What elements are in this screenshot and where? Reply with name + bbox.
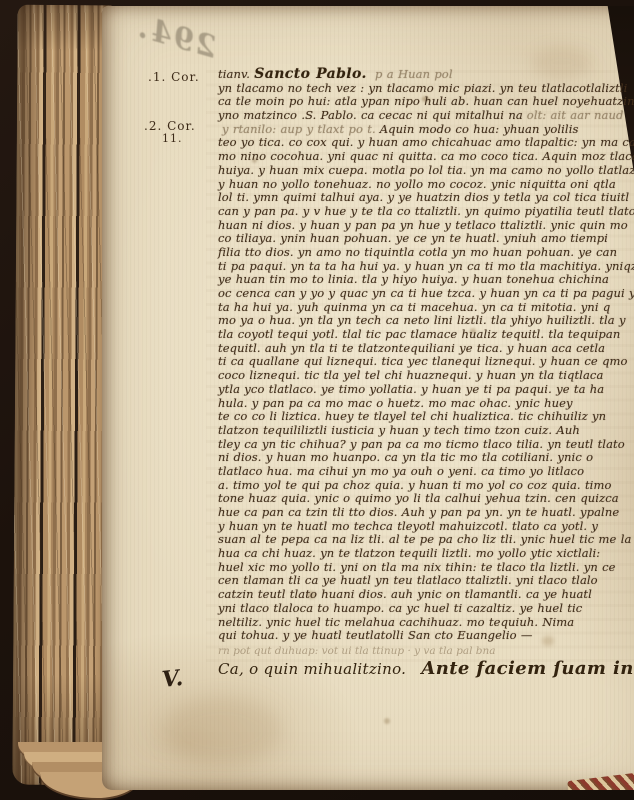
manuscript-line: tlatlaco hua. ma cihui yn mo ya ouh o ye… xyxy=(218,465,634,479)
manuscript-line: huel xic mo yollo ti. yni on tla ma nix … xyxy=(218,561,634,575)
foxing-stain xyxy=(384,718,390,724)
manuscript-line: ti pa paqui. yn ta ta ha hui ya. y huan … xyxy=(218,260,634,274)
manuscript-line: hue ca pan ca tzin tli tto dios. Auh y p… xyxy=(218,506,634,520)
margin-note-1-cor: .1. Cor. xyxy=(148,70,200,84)
footer-line: Ca, o quin mihualitzino. Ante faciem ſua… xyxy=(218,658,634,679)
manuscript-line: filia tto dios. yn amo no tiquintla cotl… xyxy=(218,246,634,260)
paragraph-mark: V. xyxy=(161,665,184,693)
folio-number-bleed: 294. xyxy=(133,10,221,66)
footer-nahuatl-lead: Ca, o quin mihualitzino. xyxy=(218,660,406,678)
manuscript-line: yno matzinco .S. Pablo. ca cecac ni qui … xyxy=(218,109,634,123)
manuscript-line: tley ca yn tic chihua? y pan pa ca mo ti… xyxy=(218,438,634,452)
heading-title: Sancto Pablo. xyxy=(254,66,367,82)
manuscript-line: oc cenca can y yo y quac yn ca ti hue tz… xyxy=(218,287,634,301)
manuscript-line: can y pan pa. y v hue y te tla co ttaliz… xyxy=(218,205,634,219)
manuscript-line: mo nino cocohua. yni quac ni quitta. ca … xyxy=(218,150,634,164)
manuscript-line: coco liznequi. tic tla yel tel chi huazn… xyxy=(218,369,634,383)
manuscript-line: tlatzon tequililiztli iusticia y huan y … xyxy=(218,424,634,438)
manuscript-line: hula. y pan pa ca mo mac o huetz. mo mac… xyxy=(218,397,634,411)
manuscript-line: ta ha hui ya. yuh quinma yn ca ti macehu… xyxy=(218,301,634,315)
margin-note-chapter-11: 11. xyxy=(162,132,183,145)
manuscript-line: tequitl. auh yn tla ti te tlatzontequili… xyxy=(218,342,634,356)
manuscript-line: lol ti. ymn quimi talhui aya. y ye huatz… xyxy=(218,191,634,205)
manuscript-line: huiya. y huan mix cuepa. motla po lol ti… xyxy=(218,164,634,178)
manuscript-line: yn tlacamo no tech vez : yn tlacamo mic … xyxy=(218,82,634,96)
manuscript-line: hua ca chi huaz. yn te tlatzon tequili l… xyxy=(218,547,634,561)
manuscript-line: y rtanilo: aup y tlaxt po t.Aquin modo c… xyxy=(218,123,634,137)
manuscript-line: te co co li liztica. huey te tlayel tel … xyxy=(218,410,634,424)
manuscript-line: tone huaz quia. ynic o quimo yo li tla c… xyxy=(218,492,634,506)
bleed-text: rn pot qut duhuap: vot ui tla ttinup · y… xyxy=(218,645,634,657)
manuscript-photo: 294. .1. Cor. .2. Cor. 11. V. tianv. San… xyxy=(0,0,634,800)
heading-prefix: tianv. xyxy=(218,67,250,81)
endband xyxy=(567,771,634,790)
manuscript-line: qui tohua. y ye huatl teutlatolli San ct… xyxy=(218,629,634,643)
manuscript-line: suan al te pepa ca na liz tli. al te pe … xyxy=(218,533,634,547)
manuscript-line: huan ni dios. y huan y pan pa yn hue y t… xyxy=(218,219,634,233)
footer-latin-incipit: Ante faciem ſuam in omnem xyxy=(421,658,634,679)
foxing-stain xyxy=(162,696,282,766)
manuscript-text-block: tianv. Sancto Pablo. p a Huan pol yn tla… xyxy=(218,68,634,679)
manuscript-line: ni dios. y huan mo huanpo. ca yn tla tic… xyxy=(218,451,634,465)
manuscript-line: teo yo tica. co cox qui. y huan amo chic… xyxy=(218,136,634,150)
manuscript-line: y huan no yollo tonehuaz. no yollo mo co… xyxy=(218,178,634,192)
book-fore-edge xyxy=(12,5,111,786)
manuscript-line: neltiliz. ynic huel tic melahua cachihua… xyxy=(218,616,634,630)
manuscript-line: ca tle moin po hui: atla ypan nipo huli … xyxy=(218,95,634,109)
manuscript-page: 294. .1. Cor. .2. Cor. 11. V. tianv. San… xyxy=(102,6,634,790)
heading-line: tianv. Sancto Pablo. p a Huan pol xyxy=(218,68,634,82)
manuscript-line: co tiliaya. ynin huan pohuan. ye ce yn t… xyxy=(218,232,634,246)
manuscript-line: mo ya o hua. yn tla yn tech ca neto lini… xyxy=(218,314,634,328)
bleed-text: p a Huan pol xyxy=(375,67,453,81)
margin-note-2-cor: .2. Cor. xyxy=(144,119,196,133)
manuscript-line: catzin teutl tlato huani dios. auh ynic … xyxy=(218,588,634,602)
page-edge-streaks xyxy=(12,5,111,786)
manuscript-line: ytla yco tlatlaco. ye timo yollatia. y h… xyxy=(218,383,634,397)
manuscript-line: tla coyotl tequi yotl. tlal tic pac tlam… xyxy=(218,328,634,342)
manuscript-line: y huan yn te huatl mo techca tleyotl mah… xyxy=(218,520,634,534)
manuscript-line: cen tlaman tli ca ye huatl yn teu tlatla… xyxy=(218,574,634,588)
manuscript-line: ti ca quallane qui liznequi. tica yec tl… xyxy=(218,355,634,369)
manuscript-line: yni tlaco tlaloca to huampo. ca yc huel … xyxy=(218,602,634,616)
manuscript-line: a. timo yol te qui pa choz quia. y huan … xyxy=(218,479,634,493)
body-lines: yn tlacamo no tech vez : yn tlacamo mic … xyxy=(218,82,634,643)
manuscript-line: ye huan tin mo to linia. tla y hiyo huiy… xyxy=(218,273,634,287)
